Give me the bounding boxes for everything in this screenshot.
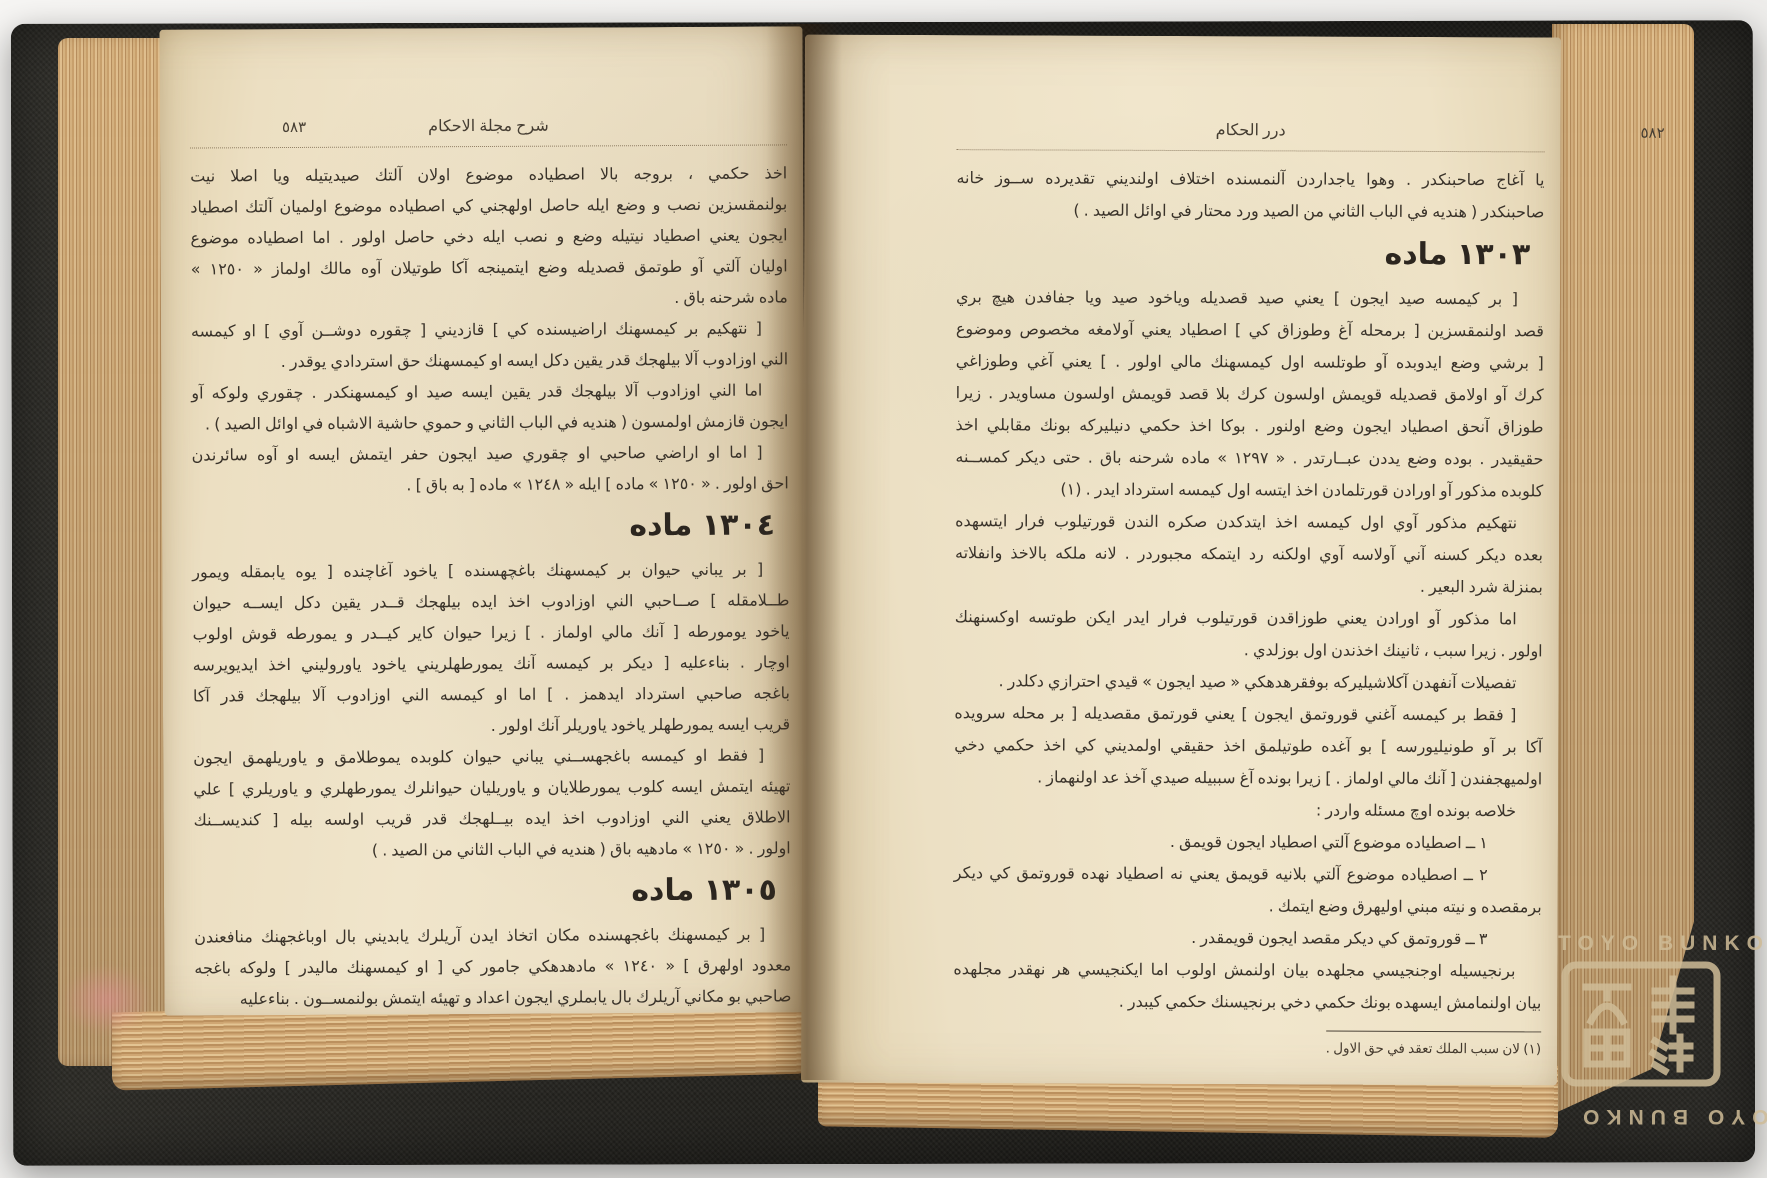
text-line: اولور . زيرا سبب ، ثانينك اخذندن اول بوز…	[955, 633, 1543, 667]
text-line: [ بر كيمسهنك باغجهسنده مكان اتخاذ ايدن آ…	[194, 918, 791, 952]
text-line: كلوبده مذكور آو اورادن قورتلمادن اخذ ايت…	[955, 473, 1543, 507]
text-line: الاطلاق يعني الني اوزادوب اخذ ايده بيــل…	[193, 801, 790, 835]
text-line: احق اولور . « ١٢٥٠ » ماده ] ايله « ١٢٤٨ …	[192, 467, 789, 501]
text-line: (١) لان سبب الملك تعقد في حق الاول .	[953, 1037, 1541, 1059]
text-line: تفصيلات آنفهدن آكلاشيليركه بوفقرهدهكي « …	[954, 665, 1542, 699]
photo-frame: ٥٨٣ شرح مجلة الاحكام اخذ حكمي ، بروجه با…	[0, 0, 1767, 1178]
text-line: بيان اولنمامش ايسهده بونك حكمي دخي برنجي…	[953, 985, 1541, 1019]
text-line: ٣ ــ قوروتمق كي ديكر مقصد ايجون قويمقدر …	[953, 921, 1541, 955]
page-fore-edge-right	[1552, 24, 1694, 1160]
pink-edge-smudge	[62, 965, 152, 1035]
text-line: [ بر يباني حيوان بر كيمسهنك باغچهسنده ] …	[192, 553, 789, 587]
text-line: بولنمقسزين نصب و وضع ايله حاصل اولهجني ك…	[190, 188, 787, 222]
text-line: ٢ ــ اصطياده موضوع آلتي بلانيه قويمق يعن…	[954, 857, 1542, 891]
text-line: بعده ديكر كسنه آني آولاسه آوي اولكنه رد …	[955, 537, 1543, 571]
book-page-left: ٥٨٣ شرح مجلة الاحكام اخذ حكمي ، بروجه با…	[159, 26, 807, 1015]
text-line: [ فقط او كيمسه باغجهســني يباني حيوان كل…	[193, 739, 790, 773]
paragraph: [ بر يباني حيوان بر كيمسهنك باغچهسنده ] …	[192, 553, 790, 742]
text-line: تهيئه ايتمش ايسه كلوب يمورطلايان و ياوري…	[193, 770, 790, 804]
paragraph: يا آغاج صاحبنكدر . وهوا ياجداردن آلنمسند…	[956, 162, 1544, 228]
text-line: طــلامقله ] صــاحبي الني اوزادوب اخذ ايد…	[192, 584, 789, 618]
paragraph: [ بر كيمسه صيد ايجون ] يعني صيد قصديله و…	[955, 281, 1544, 507]
text-line: اوچار . بناءعليه [ ديكر بر كيمسه آنك يمو…	[193, 646, 790, 680]
paragraph: [ بر كيمسهنك باغجهسنده مكان اتخاذ ايدن آ…	[194, 918, 791, 1014]
text-line: ياخود يومورطه [ آنك مالي اولماز . ] زيرا…	[193, 615, 790, 649]
text-line: [ بر كيمسه صيد ايجون ] يعني صيد قصديله و…	[956, 281, 1544, 315]
running-title-left: شرح مجلة الاحكام	[190, 108, 787, 142]
text-line: ١ ــ اصطياده موضوع آلتي اصطياد ايجون قوي…	[954, 825, 1542, 859]
text-line: [ فقط بر كيمسه آغني قوروتمق ايجون ] يعني…	[954, 697, 1542, 731]
paragraph: اما الني اوزادوب آلا بيلهجك قدر يقين ايس…	[191, 374, 788, 439]
text-line: اما مذكور آو اورادن يعني طوزاقدن قورتيلو…	[955, 601, 1543, 635]
paragraph: اخذ حكمي ، بروجه بالا اصطياده موضوع اولا…	[190, 157, 788, 315]
article-heading: ١٣٠٣ ماده	[956, 233, 1544, 275]
book-page-right: ٥٨٢ درر الحكام يا آغاج صاحبنكدر . وهوا ي…	[801, 35, 1561, 1086]
paragraph: ١ ــ اصطياده موضوع آلتي اصطياد ايجون قوي…	[954, 825, 1542, 859]
paragraph: [ نتهكيم بر كيمسهنك اراضيسنده كي ] قازدي…	[191, 312, 788, 377]
text-line: قريب ايسه يمورطهلر ياخود ياوريلر آنك اول…	[193, 708, 790, 742]
footnote: (١) لان سبب الملك تعقد في حق الاول .	[953, 1029, 1541, 1059]
text-line: حقيقيدر . بوده وضع يددن عبــارتدر . « ١٢…	[955, 441, 1543, 475]
text-line: الني اوزادوب آلا بيلهجك قدر يقين دكل ايس…	[191, 343, 788, 377]
text-line: صاحبنكدر ( هنديه في الباب الثاني من الصي…	[956, 194, 1544, 228]
paragraph: برنجيسيله اوجنجيسي مجلهده بيان اولنمش او…	[953, 953, 1541, 1019]
text-line: [ برشي وضع ايدوبده آو طوتلسه اول كيمسهنك…	[956, 345, 1544, 379]
paragraph: نتهكيم مذكور آوي اول كيمسه اخذ ايتدكدن ص…	[955, 505, 1543, 603]
text-line: برمقصده و نيته مبني اوليهرق وضع ايتمك .	[954, 889, 1542, 923]
article-heading: ١٣٠٤ ماده	[192, 505, 789, 548]
page-right-header: ٥٨٢ درر الحكام	[957, 113, 1545, 149]
paragraph: ٣ ــ قوروتمق كي ديكر مقصد ايجون قويمقدر …	[953, 921, 1541, 955]
page-left-header: ٥٨٣ شرح مجلة الاحكام	[190, 108, 787, 145]
page-right-body: يا آغاج صاحبنكدر . وهوا ياجداردن آلنمسند…	[953, 162, 1544, 1059]
text-line: ماده شرحنه باق .	[191, 281, 788, 315]
paragraph: [ فقط بر كيمسه آغني قوروتمق ايجون ] يعني…	[954, 697, 1542, 795]
text-line: آكا بر آو طونيليورسه ] بو آغده طوتيلمق ا…	[954, 729, 1542, 763]
article-heading: ١٣٠٥ ماده	[194, 870, 791, 913]
text-line: نتهكيم مذكور آوي اول كيمسه اخذ ايتدكدن ص…	[955, 505, 1543, 539]
text-line: خلاصه بونده اوچ مسئله واردر :	[954, 793, 1542, 827]
text-line: طوزاق آنحق اصطياد ايجون وضع اولنور . بوك…	[955, 409, 1543, 443]
text-line: باغجه صاحبي استرداد ايدهمز . ] اما او كي…	[193, 677, 790, 711]
text-line: ايجون قازمش اولمسون ( هنديه في الباب الث…	[191, 405, 788, 439]
paragraph: اما مذكور آو اورادن يعني طوزاقدن قورتيلو…	[955, 601, 1543, 667]
page-left-body: اخذ حكمي ، بروجه بالا اصطياده موضوع اولا…	[190, 157, 791, 1014]
text-line: ايجون يعني اصطياد نيتيله وضع و نصب ايله …	[190, 219, 787, 253]
running-title-right: درر الحكام	[957, 113, 1545, 147]
text-line: اخذ حكمي ، بروجه بالا اصطياده موضوع اولا…	[190, 157, 787, 191]
text-line: [ نتهكيم بر كيمسهنك اراضيسنده كي ] قازدي…	[191, 312, 788, 346]
text-line: صاحبي بو مكاني آريلرك بال يابملري ايجون …	[194, 980, 791, 1014]
text-line: معدود اولهرق ] « ١٢٤٠ » مادهدهكي جامور ك…	[194, 949, 791, 983]
header-rule-right	[957, 149, 1545, 152]
text-line: اما الني اوزادوب آلا بيلهجك قدر يقين ايس…	[191, 374, 788, 408]
text-line: اولور . « ١٢٥٠ » مادهيه باق ( هنديه في ا…	[194, 832, 791, 866]
page-left-text: ٥٨٣ شرح مجلة الاحكام اخذ حكمي ، بروجه با…	[190, 108, 792, 1014]
paragraph: خلاصه بونده اوچ مسئله واردر :	[954, 793, 1542, 827]
paragraph: تفصيلات آنفهدن آكلاشيليركه بوفقرهدهكي « …	[954, 665, 1542, 699]
text-line: بمنزلة شرد البعير .	[955, 569, 1543, 603]
text-line: قصد اولنمقسزين [ برمحله آغ وطوزاق كي ] ا…	[956, 313, 1544, 347]
text-line: اوليان آلتي آو طوتمق قصديله وضع ايتمينجه…	[191, 250, 788, 284]
page-right-text: ٥٨٢ درر الحكام يا آغاج صاحبنكدر . وهوا ي…	[953, 113, 1545, 1059]
text-line: اولميهجفندن [ آنك مالي اولماز . ] زيرا ب…	[954, 761, 1542, 795]
paragraph: [ فقط او كيمسه باغجهســني يباني حيوان كل…	[193, 739, 791, 866]
paragraph: [ اما او اراضي صاحبي او چقوري صيد ايجون …	[192, 436, 789, 501]
text-line: برنجيسيله اوجنجيسي مجلهده بيان اولنمش او…	[953, 953, 1541, 987]
text-line: يا آغاج صاحبنكدر . وهوا ياجداردن آلنمسند…	[956, 162, 1544, 196]
text-line: [ اما او اراضي صاحبي او چقوري صيد ايجون …	[192, 436, 789, 470]
text-line: كرك آو اولامق قصديله قويمش اولسون كرك بل…	[956, 377, 1544, 411]
paragraph: ٢ ــ اصطياده موضوع آلتي بلانيه قويمق يعن…	[954, 857, 1542, 923]
page-number-right: ٥٨٢	[1640, 117, 1664, 149]
